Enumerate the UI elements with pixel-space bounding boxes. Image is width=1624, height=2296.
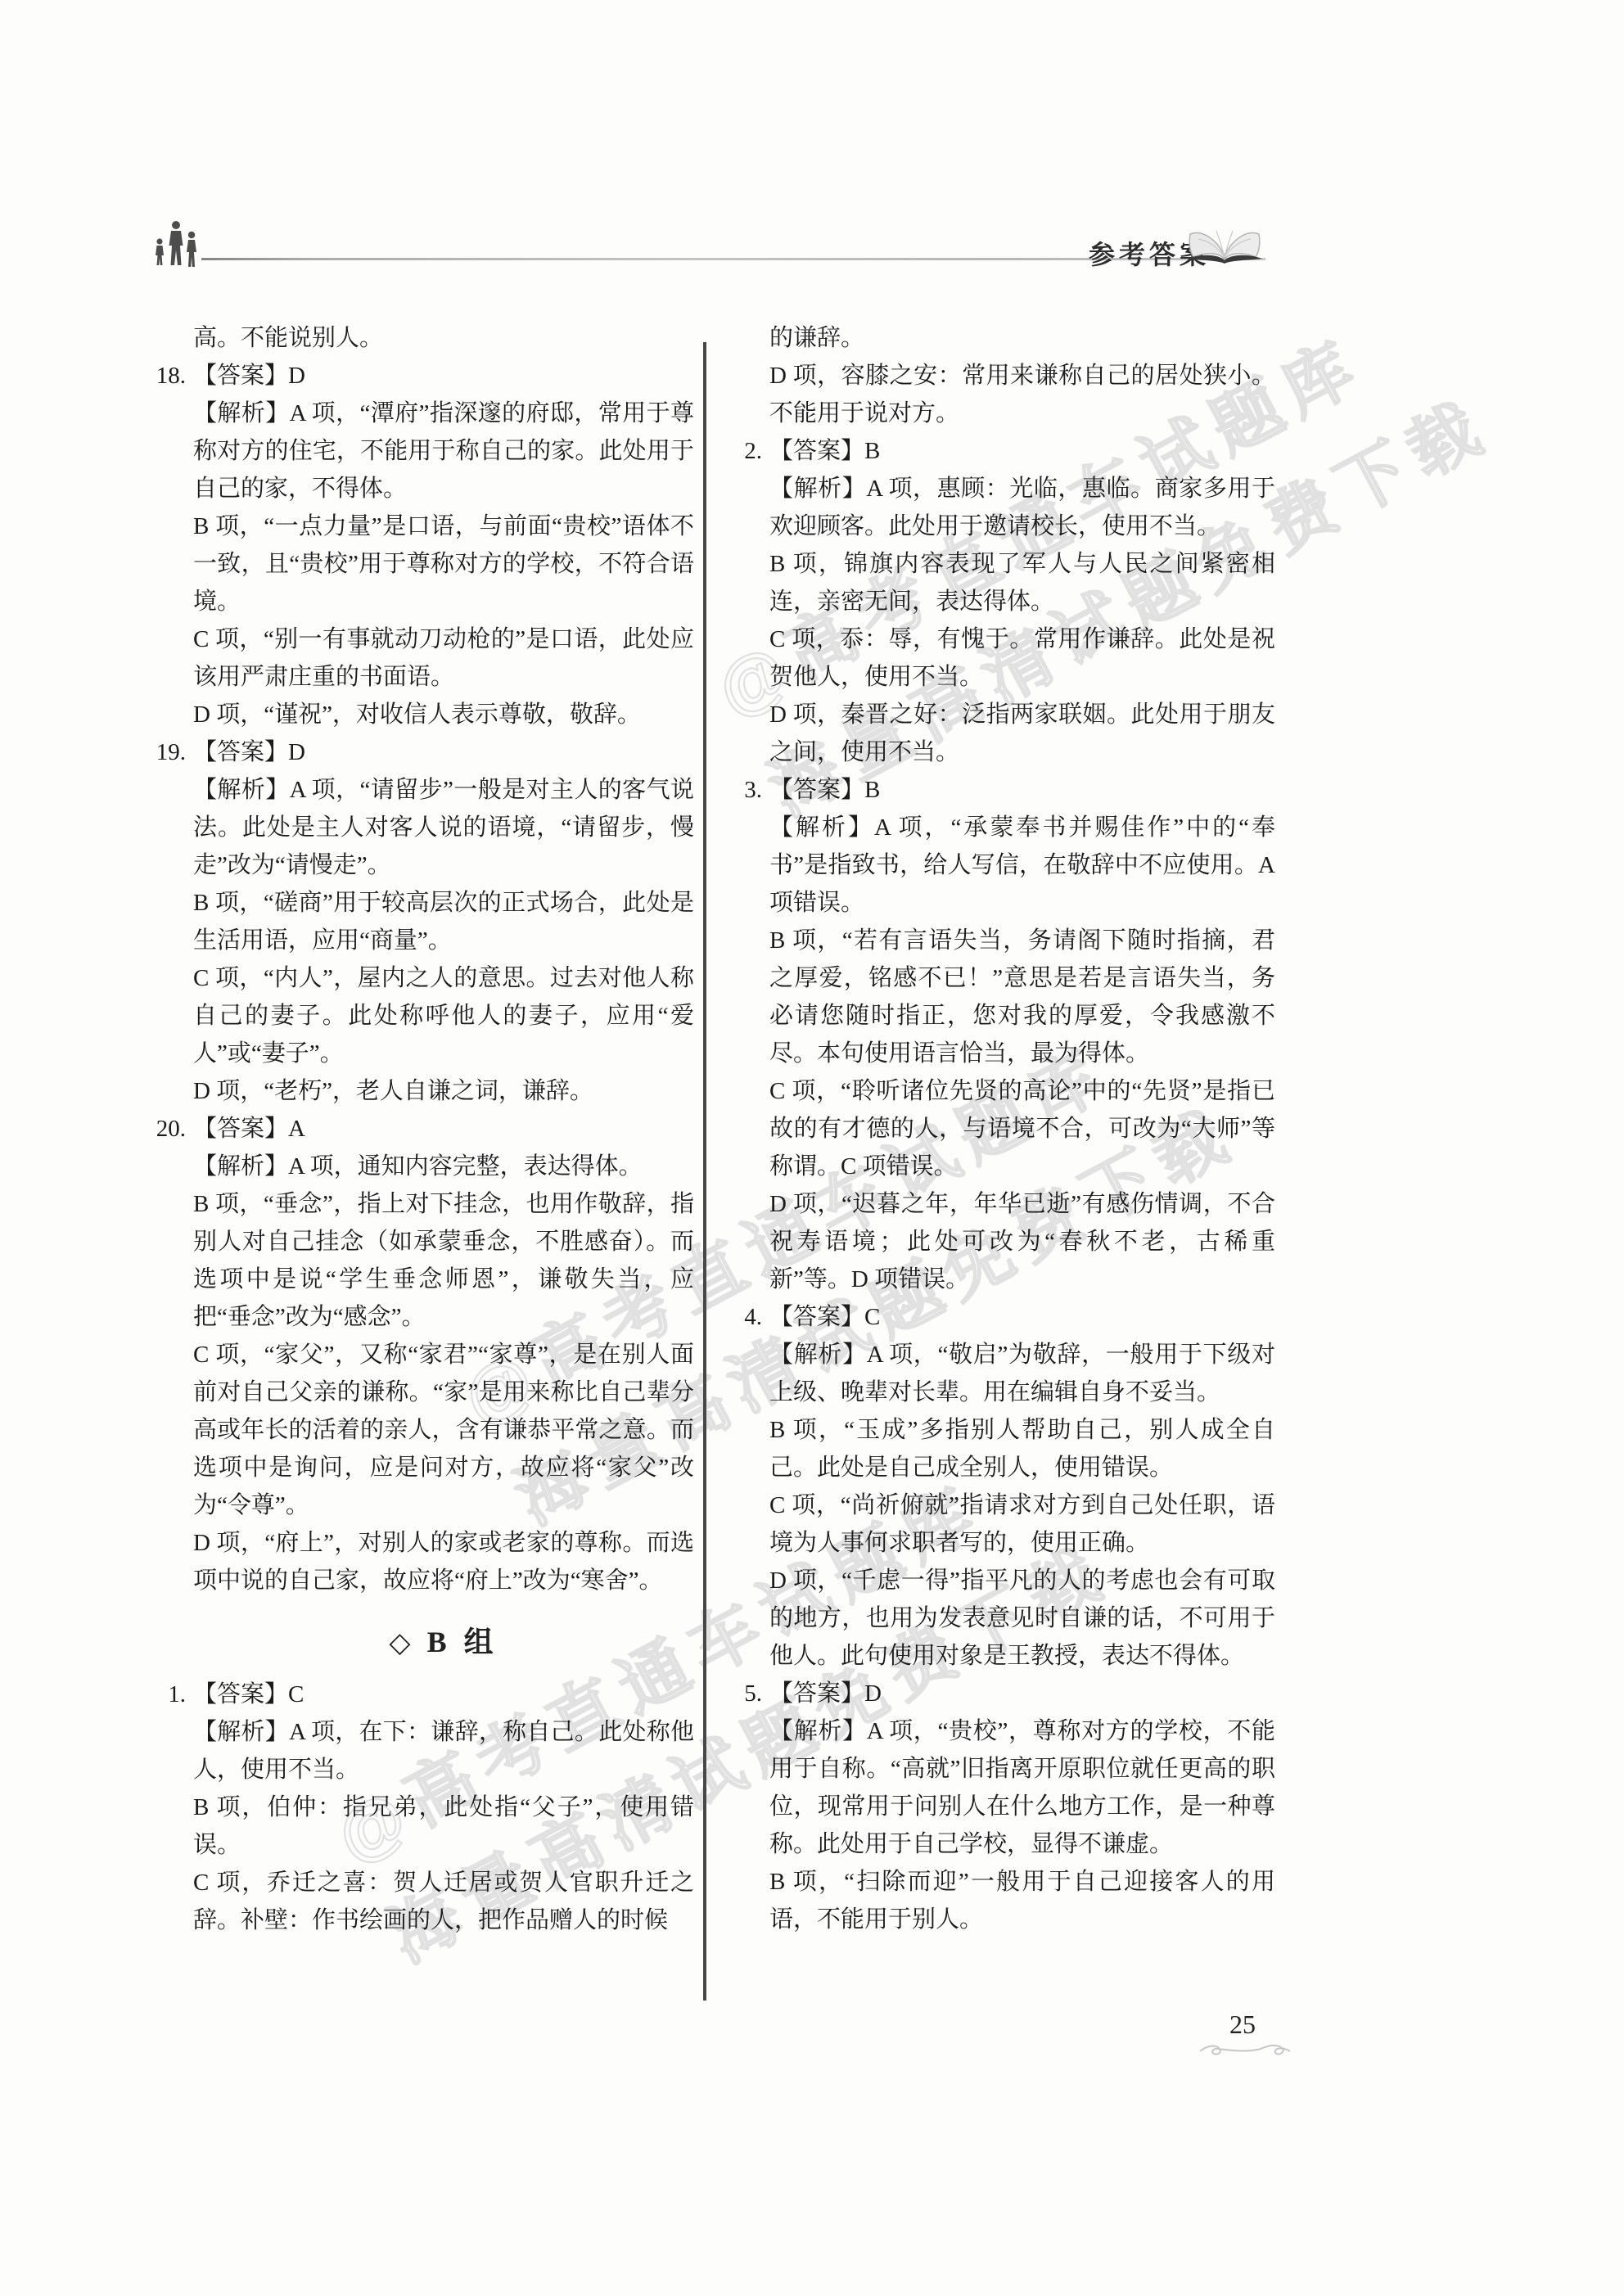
answer-item: 18.【答案】D【解析】A 项，“潭府”指深邃的府邸，常用于尊称对方的住宅，不能… (193, 357, 694, 733)
footer-flourish-icon (1197, 2038, 1293, 2059)
answer-paragraph: B 项，“磋商”用于较高层次的正式场合，此处是生活用语，应用“商量”。 (193, 884, 694, 959)
answer-paragraph: 【解析】A 项，惠顾：光临，惠临。商家多用于欢迎顾客。此处用于邀请校长，使用不当… (769, 470, 1275, 545)
page-number: 25 (1229, 2010, 1256, 2040)
answer-paragraph: B 项，“玉成”多指别人帮助自己，别人成全自己。此处是自己成全别人，使用错误。 (769, 1411, 1275, 1486)
item-number: 2. (744, 432, 762, 470)
right-column: 的谦辞。D 项，容膝之安：常用来谦称自己的居处狭小。不能用于说对方。2.【答案】… (769, 319, 1275, 1938)
item-number: 20. (156, 1110, 186, 1148)
item-number: 3. (744, 771, 762, 809)
answer-paragraph: 【答案】A (193, 1110, 694, 1148)
answer-item: 3.【答案】B【解析】A 项，“承蒙奉书并赐佳作”中的“奉书”是指致书，给人写信… (769, 771, 1275, 1298)
answer-paragraph: 【答案】B (769, 432, 1275, 470)
answer-paragraph: 高。不能说别人。 (193, 319, 694, 357)
answer-paragraph: 【答案】B (769, 771, 1275, 809)
answer-paragraph: C 项，乔迁之喜：贺人迁居或贺人官职升迁之辞。补壁：作书绘画的人，把作品赠人的时… (193, 1864, 694, 1939)
answer-paragraph: D 项，“迟暮之年，年华已逝”有感伤情调，不合祝寿语境；此处可改为“春秋不老，古… (769, 1185, 1275, 1298)
answer-paragraph: B 项，“一点力量”是口语，与前面“贵校”语体不一致，且“贵校”用于尊称对方的学… (193, 507, 694, 620)
answer-paragraph: D 项，“谨祝”，对收信人表示尊敬，敬辞。 (193, 696, 694, 733)
left-column: 高。不能说别人。18.【答案】D【解析】A 项，“潭府”指深邃的府邸，常用于尊称… (193, 319, 694, 1939)
answer-paragraph: 【解析】A 项，“敬启”为敬辞，一般用于下级对上级、晚辈对长辈。用在编辑自身不妥… (769, 1336, 1275, 1411)
item-number: 18. (156, 357, 186, 395)
answer-paragraph: C 项，“内人”，屋内之人的意思。过去对他人称自己的妻子。此处称呼他人的妻子，应… (193, 959, 694, 1072)
item-number: 4. (744, 1298, 762, 1336)
answer-paragraph: B 项，“扫除而迎”一般用于自己迎接客人的用语，不能用于别人。 (769, 1863, 1275, 1938)
diamond-icon: ◇ (389, 1628, 415, 1658)
continuation-block: 的谦辞。D 项，容膝之安：常用来谦称自己的居处狭小。不能用于说对方。 (769, 319, 1275, 432)
answer-paragraph: D 项，秦晋之好：泛指两家联姻。此处用于朋友之间，使用不当。 (769, 696, 1275, 771)
scanned-answer-page: 参考答案 @高考直通车试题库 海量高清试题免费下载 @高考直通车试题库 海量高清… (0, 0, 1624, 2296)
continuation-block: 高。不能说别人。 (193, 319, 694, 357)
answer-paragraph: 【解析】A 项，“贵校”，尊称对方的学校，不能用于自称。“高就”旧指离开原职位就… (769, 1712, 1275, 1863)
answer-paragraph: D 项，“府上”，对别人的家或老家的尊称。而选项中说的自己家，故应将“府上”改为… (193, 1524, 694, 1599)
answer-paragraph: C 项，“别一有事就动刀动枪的”是口语，此处应该用严肃庄重的书面语。 (193, 620, 694, 696)
answer-paragraph: 【答案】D (769, 1675, 1275, 1712)
answer-paragraph: 【解析】A 项，“请留步”一般是对主人的客气说法。此处是主人对客人说的语境，“请… (193, 771, 694, 884)
answer-paragraph: B 项，伯仲：指兄弟，此处指“父子”，使用错误。 (193, 1789, 694, 1864)
answer-item: 5.【答案】D【解析】A 项，“贵校”，尊称对方的学校，不能用于自称。“高就”旧… (769, 1675, 1275, 1938)
answer-paragraph: 【解析】A 项，通知内容完整，表达得体。 (193, 1148, 694, 1185)
answer-paragraph: C 项，忝：辱，有愧于。常用作谦辞。此处是祝贺他人，使用不当。 (769, 620, 1275, 696)
answer-paragraph: 【解析】A 项，在下：谦辞，称自己。此处称他人，使用不当。 (193, 1713, 694, 1789)
people-silhouettes-icon (152, 219, 201, 270)
item-number: 1. (168, 1676, 186, 1713)
answer-paragraph: C 项，“家父”，又称“家君”“家尊”，是在别人面前对自己父亲的谦称。“家”是用… (193, 1336, 694, 1524)
answer-paragraph: B 项，“若有言语失当，务请阁下随时指摘，君之厚爱，铭感不已！”意思是若是言语失… (769, 922, 1275, 1072)
answer-item: 1.【答案】C【解析】A 项，在下：谦辞，称自己。此处称他人，使用不当。B 项，… (193, 1676, 694, 1939)
group-b-label: B 组 (427, 1626, 498, 1658)
answer-paragraph: 【解析】A 项，“承蒙奉书并赐佳作”中的“奉书”是指致书，给人写信，在敬辞中不应… (769, 809, 1275, 922)
group-b-header: ◇B 组 (193, 1619, 694, 1661)
item-number: 5. (744, 1675, 762, 1712)
open-book-icon (1185, 223, 1264, 265)
answer-item: 19.【答案】D【解析】A 项，“请留步”一般是对主人的客气说法。此处是主人对客… (193, 733, 694, 1110)
answer-paragraph: C 项，“聆听诸位先贤的高论”中的“先贤”是指已故的有才德的人，与语境不合，可改… (769, 1072, 1275, 1185)
answer-paragraph: 【答案】D (193, 733, 694, 771)
answer-paragraph: D 项，“千虑一得”指平凡的人的考虑也会有可取的地方，也用为发表意见时自谦的话，… (769, 1562, 1275, 1675)
answer-paragraph: 【答案】C (193, 1676, 694, 1713)
item-number: 19. (156, 733, 186, 771)
answer-paragraph: C 项，“尚祈俯就”指请求对方到自己处任职，语境为人事何求职者写的，使用正确。 (769, 1486, 1275, 1562)
answer-paragraph: 【答案】C (769, 1298, 1275, 1336)
answer-paragraph: D 项，容膝之安：常用来谦称自己的居处狭小。不能用于说对方。 (769, 357, 1275, 432)
answer-paragraph: 的谦辞。 (769, 319, 1275, 357)
answer-paragraph: D 项，“老朽”，老人自谦之词，谦辞。 (193, 1072, 694, 1110)
column-divider (703, 342, 706, 2001)
answer-item: 20.【答案】A【解析】A 项，通知内容完整，表达得体。B 项，“垂念”，指上对… (193, 1110, 694, 1599)
answer-item: 2.【答案】B【解析】A 项，惠顾：光临，惠临。商家多用于欢迎顾客。此处用于邀请… (769, 432, 1275, 771)
answer-paragraph: 【答案】D (193, 357, 694, 395)
answer-paragraph: B 项，“垂念”，指上对下挂念，也用作敬辞，指别人对自己挂念（如承蒙垂念，不胜感… (193, 1185, 694, 1336)
answer-paragraph: 【解析】A 项，“潭府”指深邃的府邸，常用于尊称对方的住宅，不能用于称自己的家。… (193, 395, 694, 507)
answer-paragraph: B 项，锦旗内容表现了军人与人民之间紧密相连，亲密无间，表达得体。 (769, 545, 1275, 620)
answer-item: 4.【答案】C【解析】A 项，“敬启”为敬辞，一般用于下级对上级、晚辈对长辈。用… (769, 1298, 1275, 1675)
